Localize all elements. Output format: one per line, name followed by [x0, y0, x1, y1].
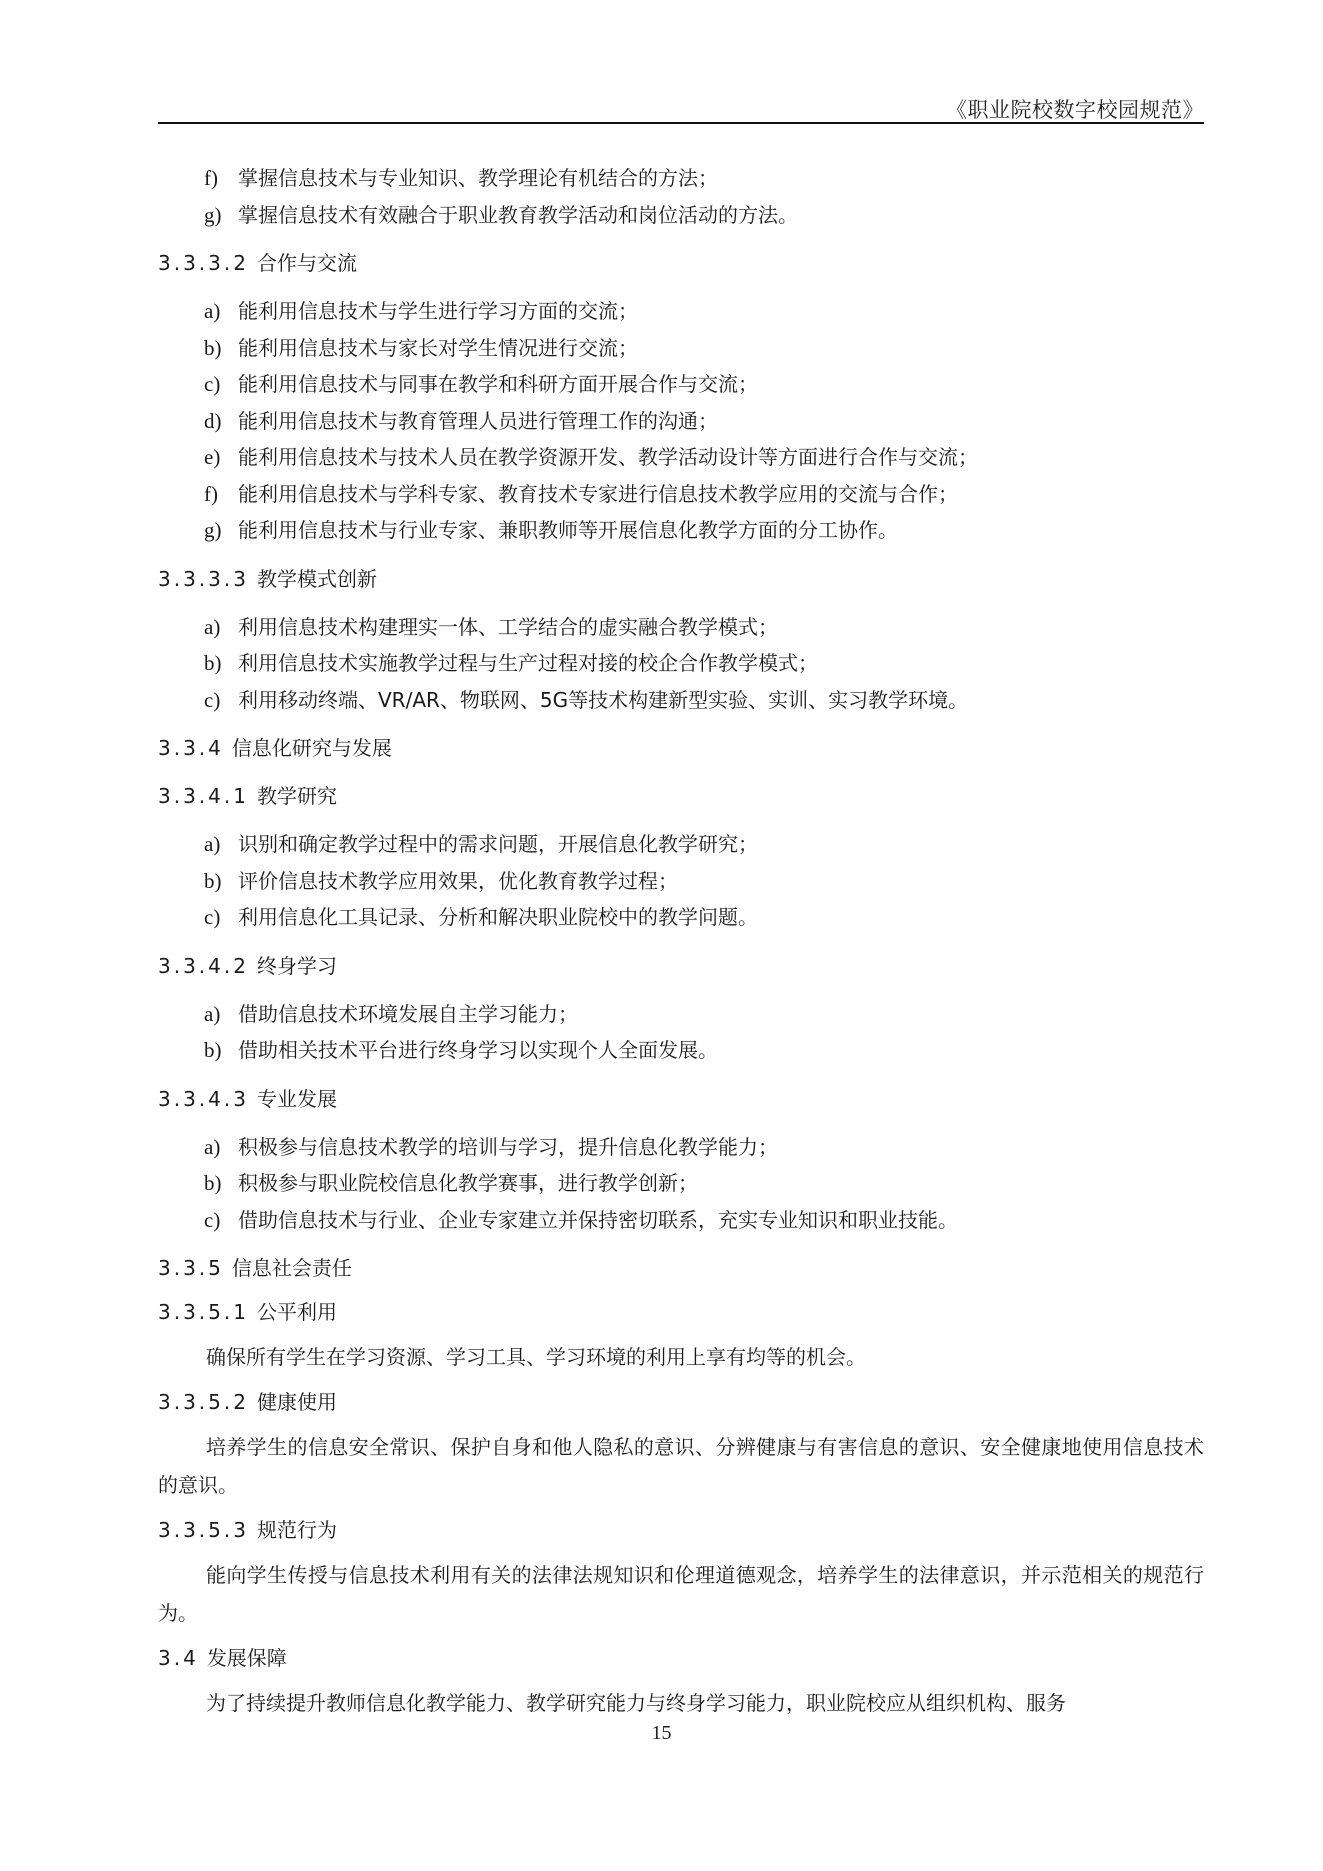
section-number: 3.3.5.1 — [158, 1294, 249, 1330]
list-item: b)借助相关技术平台进行终身学习以实现个人全面发展。 — [158, 1032, 1204, 1069]
list-marker: c) — [204, 682, 234, 719]
list-text: 能利用信息技术与学科专家、教育技术专家进行信息技术教学应用的交流与合作； — [238, 476, 958, 513]
list-item: a)能利用信息技术与学生进行学习方面的交流； — [158, 293, 1204, 330]
list-item: f)掌握信息技术与专业知识、教学理论有机结合的方法； — [158, 160, 1204, 197]
list-item: c)借助信息技术与行业、企业专家建立并保持密切联系，充实专业知识和职业技能。 — [158, 1202, 1204, 1239]
list-item: a)积极参与信息技术教学的培训与学习，提升信息化教学能力； — [158, 1129, 1204, 1166]
list-item: g)掌握信息技术有效融合于职业教育教学活动和岗位活动的方法。 — [158, 197, 1204, 234]
list-marker: c) — [204, 899, 234, 936]
section-title: 教学模式创新 — [257, 567, 377, 591]
list-item: a)利用信息技术构建理实一体、工学结合的虚实融合教学模式； — [158, 609, 1204, 646]
paragraph: 能向学生传授与信息技术利用有关的法律法规知识和伦理道德观念，培养学生的法律意识，… — [158, 1556, 1204, 1632]
list-marker: a) — [204, 1129, 234, 1166]
section-title: 信息社会责任 — [232, 1256, 352, 1280]
list-text: 掌握信息技术与专业知识、教学理论有机结合的方法； — [238, 160, 718, 197]
section-title: 信息化研究与发展 — [232, 736, 392, 760]
list-marker: a) — [204, 996, 234, 1033]
section-title: 终身学习 — [257, 954, 337, 978]
list-text: 评价信息技术教学应用效果，优化教育教学过程； — [238, 863, 678, 900]
section-heading-3-3-4: 3.3.4信息化研究与发展 — [158, 730, 1204, 766]
section-title: 教学研究 — [257, 784, 337, 808]
section-title: 专业发展 — [257, 1087, 337, 1111]
section-number: 3.3.3.2 — [158, 245, 249, 281]
list-text: 利用移动终端、VR/AR、物联网、5G等技术构建新型实验、实训、实习教学环境。 — [238, 682, 968, 719]
document-header-title: 《职业院校数字校园规范》 — [946, 94, 1204, 124]
list-text: 能利用信息技术与家长对学生情况进行交流； — [238, 330, 638, 367]
section-heading-3-4: 3.4发展保障 — [158, 1640, 1204, 1676]
section-number: 3.3.5.2 — [158, 1384, 249, 1420]
list-item: c)利用信息化工具记录、分析和解决职业院校中的教学问题。 — [158, 899, 1204, 936]
page-content: f)掌握信息技术与专业知识、教学理论有机结合的方法； g)掌握信息技术有效融合于… — [158, 160, 1204, 1722]
list-marker: g) — [204, 197, 234, 234]
list-text: 掌握信息技术有效融合于职业教育教学活动和岗位活动的方法。 — [238, 197, 798, 234]
list-marker: f) — [204, 160, 234, 197]
list-text: 识别和确定教学过程中的需求问题，开展信息化教学研究； — [238, 826, 758, 863]
list-marker: b) — [204, 1165, 234, 1202]
section-number: 3.4 — [158, 1640, 199, 1676]
section-title: 发展保障 — [207, 1646, 287, 1670]
list-item: b)能利用信息技术与家长对学生情况进行交流； — [158, 330, 1204, 367]
list-text: 能利用信息技术与教育管理人员进行管理工作的沟通； — [238, 403, 718, 440]
section-heading-3-3-4-2: 3.3.4.2终身学习 — [158, 948, 1204, 984]
section-number: 3.3.5.3 — [158, 1512, 249, 1548]
header-rule — [158, 122, 1204, 124]
list-marker: c) — [204, 1202, 234, 1239]
section-heading-3-3-5-2: 3.3.5.2健康使用 — [158, 1384, 1204, 1420]
paragraph: 培养学生的信息安全常识、保护自身和他人隐私的意识、分辨健康与有害信息的意识、安全… — [158, 1428, 1204, 1504]
paragraph: 为了持续提升教师信息化教学能力、教学研究能力与终身学习能力，职业院校应从组织机构… — [158, 1684, 1204, 1722]
list-item: a)借助信息技术环境发展自主学习能力； — [158, 996, 1204, 1033]
list-marker: a) — [204, 609, 234, 646]
section-heading-3-3-3-3: 3.3.3.3教学模式创新 — [158, 561, 1204, 597]
section-number: 3.3.5 — [158, 1250, 224, 1286]
list-item: e)能利用信息技术与技术人员在教学资源开发、教学活动设计等方面进行合作与交流； — [158, 439, 1204, 476]
list-marker: b) — [204, 330, 234, 367]
list-marker: a) — [204, 826, 234, 863]
list-item: g)能利用信息技术与行业专家、兼职教师等开展信息化教学方面的分工协作。 — [158, 512, 1204, 549]
list-marker: d) — [204, 403, 234, 440]
list-item: b)积极参与职业院校信息化教学赛事，进行教学创新； — [158, 1165, 1204, 1202]
section-title: 公平利用 — [257, 1300, 337, 1324]
section-heading-3-3-5: 3.3.5信息社会责任 — [158, 1250, 1204, 1286]
list-text: 借助信息技术与行业、企业专家建立并保持密切联系，充实专业知识和职业技能。 — [238, 1202, 958, 1239]
list-text: 借助信息技术环境发展自主学习能力； — [238, 996, 578, 1033]
section-number: 3.3.3.3 — [158, 561, 249, 597]
section-heading-3-3-4-3: 3.3.4.3专业发展 — [158, 1081, 1204, 1117]
list-item: b)利用信息技术实施教学过程与生产过程对接的校企合作教学模式； — [158, 645, 1204, 682]
list-item: a)识别和确定教学过程中的需求问题，开展信息化教学研究； — [158, 826, 1204, 863]
list-text: 利用信息技术构建理实一体、工学结合的虚实融合教学模式； — [238, 609, 778, 646]
section-heading-3-3-4-1: 3.3.4.1教学研究 — [158, 778, 1204, 814]
list-marker: f) — [204, 476, 234, 513]
section-number: 3.3.4.2 — [158, 948, 249, 984]
section-title: 合作与交流 — [257, 251, 357, 275]
list-item: c)能利用信息技术与同事在教学和科研方面开展合作与交流； — [158, 366, 1204, 403]
list-text: 能利用信息技术与行业专家、兼职教师等开展信息化教学方面的分工协作。 — [238, 512, 898, 549]
section-number: 3.3.4.1 — [158, 778, 249, 814]
list-marker: c) — [204, 366, 234, 403]
list-text: 能利用信息技术与技术人员在教学资源开发、教学活动设计等方面进行合作与交流； — [238, 439, 978, 476]
list-marker: a) — [204, 293, 234, 330]
list-text: 能利用信息技术与同事在教学和科研方面开展合作与交流； — [238, 366, 758, 403]
paragraph: 确保所有学生在学习资源、学习工具、学习环境的利用上享有均等的机会。 — [158, 1338, 1204, 1376]
list-text: 积极参与信息技术教学的培训与学习，提升信息化教学能力； — [238, 1129, 778, 1166]
list-item: d)能利用信息技术与教育管理人员进行管理工作的沟通； — [158, 403, 1204, 440]
list-text: 借助相关技术平台进行终身学习以实现个人全面发展。 — [238, 1032, 718, 1069]
section-heading-3-3-5-1: 3.3.5.1公平利用 — [158, 1294, 1204, 1330]
section-title: 规范行为 — [257, 1518, 337, 1542]
section-number: 3.3.4 — [158, 730, 224, 766]
list-marker: b) — [204, 645, 234, 682]
list-text: 能利用信息技术与学生进行学习方面的交流； — [238, 293, 638, 330]
list-item: f)能利用信息技术与学科专家、教育技术专家进行信息技术教学应用的交流与合作； — [158, 476, 1204, 513]
list-item: b)评价信息技术教学应用效果，优化教育教学过程； — [158, 863, 1204, 900]
section-number: 3.3.4.3 — [158, 1081, 249, 1117]
section-heading-3-3-3-2: 3.3.3.2合作与交流 — [158, 245, 1204, 281]
list-marker: b) — [204, 863, 234, 900]
list-marker: g) — [204, 512, 234, 549]
list-text: 利用信息技术实施教学过程与生产过程对接的校企合作教学模式； — [238, 645, 818, 682]
list-item: c)利用移动终端、VR/AR、物联网、5G等技术构建新型实验、实训、实习教学环境… — [158, 682, 1204, 719]
list-text: 积极参与职业院校信息化教学赛事，进行教学创新； — [238, 1165, 698, 1202]
list-marker: e) — [204, 439, 234, 476]
list-marker: b) — [204, 1032, 234, 1069]
section-title: 健康使用 — [257, 1390, 337, 1414]
section-heading-3-3-5-3: 3.3.5.3规范行为 — [158, 1512, 1204, 1548]
page-number: 15 — [0, 1722, 1323, 1745]
list-text: 利用信息化工具记录、分析和解决职业院校中的教学问题。 — [238, 899, 758, 936]
